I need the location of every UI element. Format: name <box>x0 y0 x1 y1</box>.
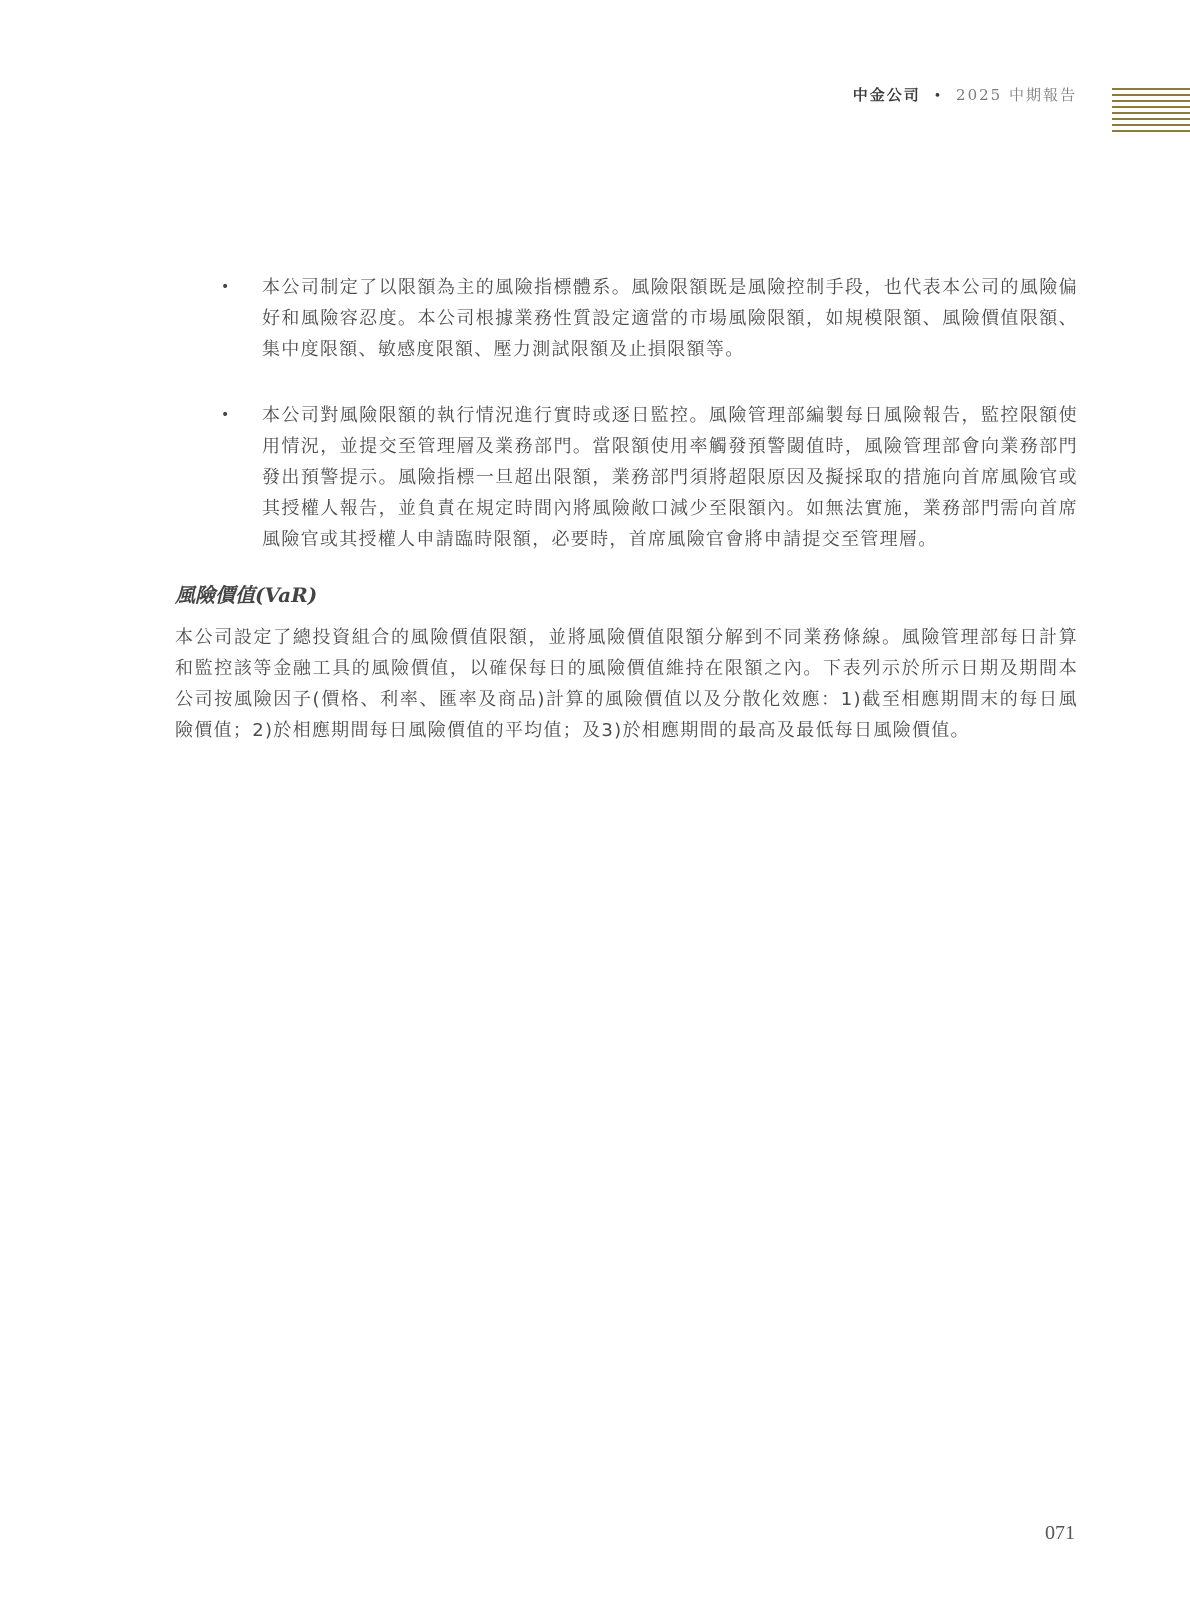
decorative-stripes-icon <box>1112 88 1190 136</box>
bullet-icon: • <box>221 272 229 303</box>
company-name: 中金公司 <box>853 86 921 104</box>
page-number: 071 <box>1045 1522 1075 1545</box>
running-header: 中金公司 • 2025 中期報告 <box>853 84 1077 105</box>
bullet-item: • 本公司制定了以限額為主的風險指標體系。風險限額既是風險控制手段，也代表本公司… <box>175 272 1078 365</box>
section-heading: 風險價值(VaR) <box>175 580 1078 610</box>
section-paragraph: 本公司設定了總投資組合的風險價值限額，並將風險價值限額分解到不同業務條線。風險管… <box>175 622 1078 746</box>
page-content: • 本公司制定了以限額為主的風險指標體系。風險限額既是風險控制手段，也代表本公司… <box>175 272 1078 746</box>
bullet-text: 本公司對風險限額的執行情況進行實時或逐日監控。風險管理部編製每日風險報告，監控限… <box>262 400 1078 555</box>
bullet-item: • 本公司對風險限額的執行情況進行實時或逐日監控。風險管理部編製每日風險報告，監… <box>175 400 1078 555</box>
bullet-text: 本公司制定了以限額為主的風險指標體系。風險限額既是風險控制手段，也代表本公司的風… <box>262 272 1078 365</box>
report-title: 2025 中期報告 <box>956 86 1077 104</box>
separator-dot: • <box>934 89 944 104</box>
bullet-icon: • <box>221 400 229 431</box>
